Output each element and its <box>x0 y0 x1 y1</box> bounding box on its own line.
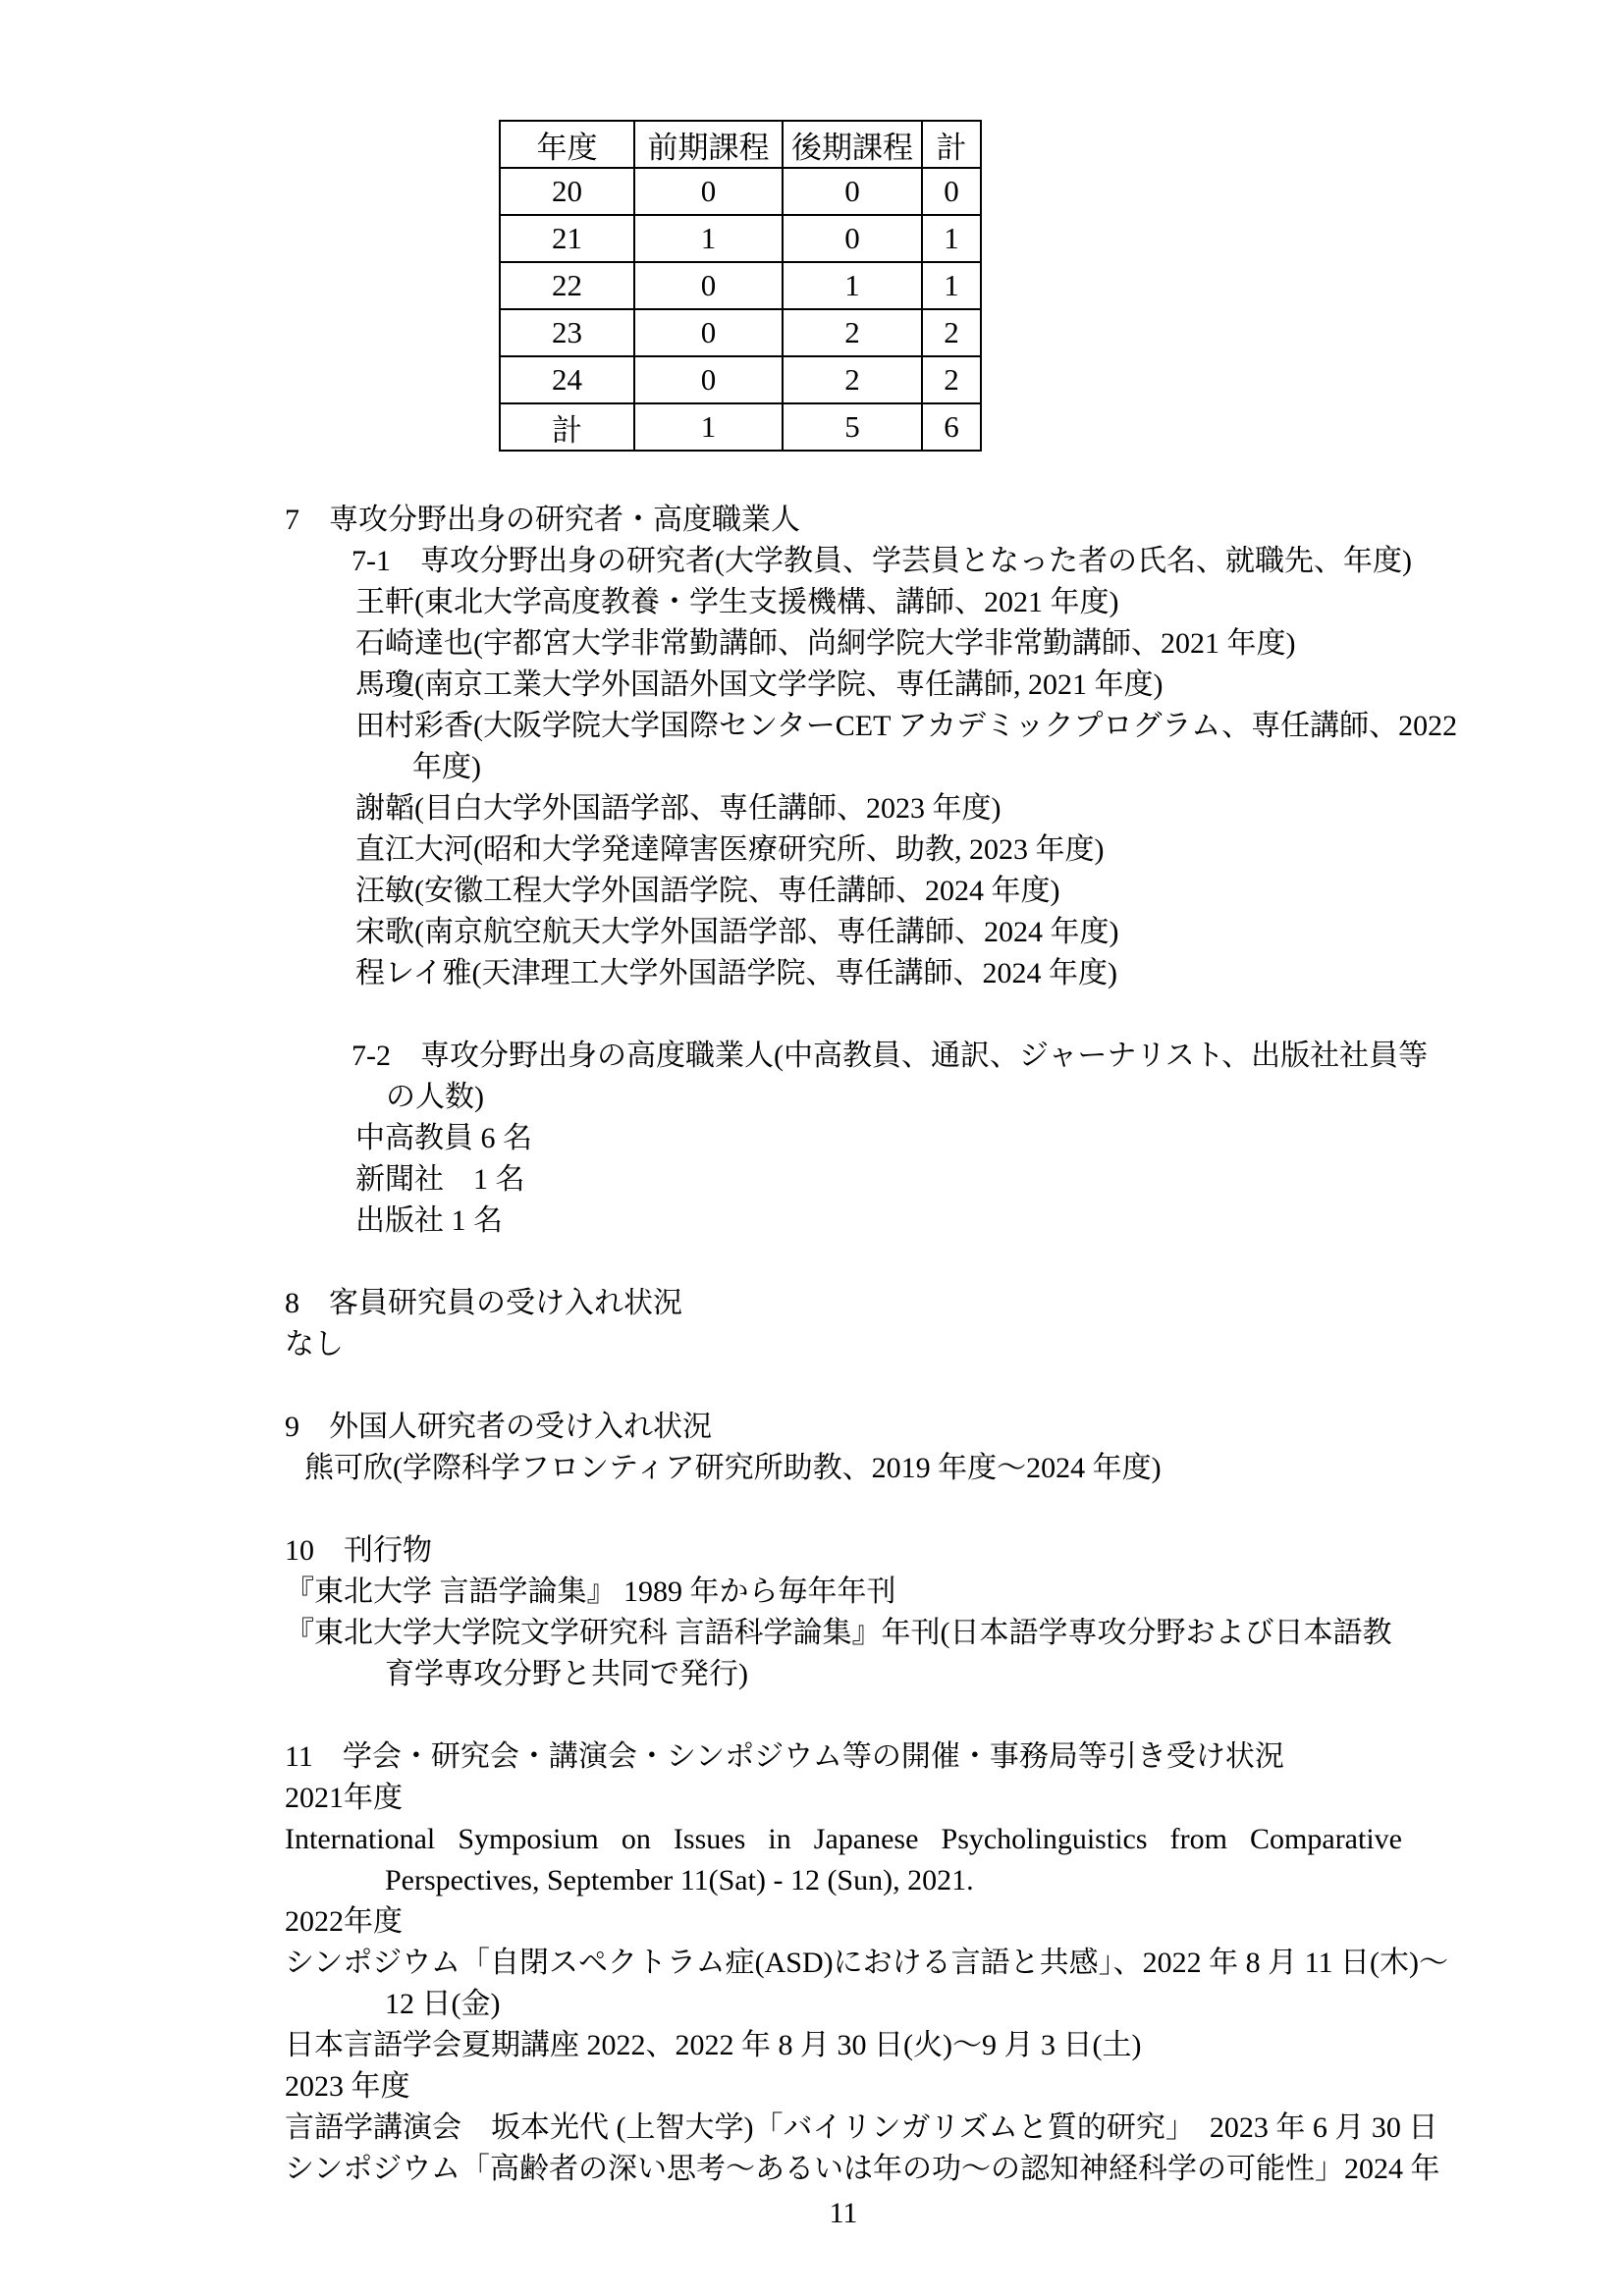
continuation-line: 育学専攻分野と共同で発行) <box>385 1654 748 1695</box>
table-cell: 23 <box>500 309 634 356</box>
table-cell: 24 <box>500 356 634 403</box>
researcher-entry: 謝韜(目白大学外国語学部、専任講師、2023 年度) <box>355 788 1001 829</box>
fiscal-year-label: 2021年度 <box>285 1778 403 1819</box>
section-7-1-heading: 7-1 専攻分野出身の研究者(大学教員、学芸員となった者の氏名、就職先、年度) <box>352 541 1412 582</box>
table-cell: 1 <box>922 262 981 309</box>
table-header-cell: 前期課程 <box>634 121 783 168</box>
table-cell: 1 <box>634 403 783 451</box>
continuation-line: Perspectives, September 11(Sat) - 12 (Su… <box>385 1860 974 1901</box>
researcher-entry: 王軒(東北大学高度教養・学生支援機構、講師、2021 年度) <box>355 582 1118 623</box>
table-cell: 5 <box>783 403 922 451</box>
page-number: 11 <box>285 2193 1402 2234</box>
researcher-entry: 田村彩香(大阪学院大学国際センターCET アカデミックプログラム、専任講師、20… <box>355 706 1457 747</box>
researcher-entry: 汪敏(安徽工程大学外国語学院、専任講師、2024 年度) <box>355 871 1059 912</box>
event-entry: シンポジウム「高齢者の深い思考～あるいは年の功～の認知神経科学の可能性」2024… <box>285 2149 1439 2190</box>
table-header-cell: 計 <box>922 121 981 168</box>
table-cell: 0 <box>783 215 922 262</box>
continuation-line: の人数) <box>386 1077 484 1118</box>
table-cell: 0 <box>783 168 922 215</box>
professional-count: 中高教員 6 名 <box>355 1118 532 1159</box>
table-row: 21 1 0 1 <box>500 215 981 262</box>
researcher-entry: 宋歌(南京航空航天大学外国語学部、専任講師、2024 年度) <box>355 912 1118 953</box>
table-cell: 計 <box>500 403 634 451</box>
event-entry: 言語学講演会 坂本光代 (上智大学)「バイリンガリズムと質的研究」 2023 年… <box>285 2108 1437 2149</box>
researcher-entry: 馬瓊(南京工業大学外国語外国文学学院、専任講師, 2021 年度) <box>355 665 1163 706</box>
table-total-row: 計 1 5 6 <box>500 403 981 451</box>
continuation-line: 年度) <box>412 747 481 788</box>
event-entry: 日本言語学会夏期講座 2022、2022 年 8 月 30 日(火)～9 月 3… <box>285 2025 1141 2066</box>
table-cell: 0 <box>922 168 981 215</box>
table-header-cell: 年度 <box>500 121 634 168</box>
researcher-entry: 熊可欣(学際科学フロンティア研究所助教、2019 年度～2024 年度) <box>304 1448 1162 1489</box>
section-11-heading: 11 学会・研究会・講演会・シンポジウム等の開催・事務局等引き受け状況 <box>285 1736 1284 1778</box>
event-entry: シンポジウム「自閉スペクトラム症(ASD)における言語と共感」、2022 年 8… <box>285 1943 1448 1984</box>
table-cell: 20 <box>500 168 634 215</box>
section-7-2-heading: 7-2 専攻分野出身の高度職業人(中高教員、通訳、ジャーナリスト、出版社社員等 <box>352 1036 1428 1077</box>
publication-entry: 『東北大学 言語学論集』 1989 年から毎年年刊 <box>285 1572 896 1613</box>
section-8-heading: 8 客員研究員の受け入れ状況 <box>285 1283 682 1324</box>
degree-completion-table: 年度 前期課程 後期課程 計 20 0 0 0 21 1 0 1 22 0 1 … <box>499 120 982 452</box>
publication-entry: 『東北大学大学院文学研究科 言語科学論集』年刊(日本語学専攻分野および日本語教 <box>285 1613 1392 1654</box>
section-8-body: なし <box>285 1324 344 1365</box>
table-cell: 1 <box>634 215 783 262</box>
table-row: 24 0 2 2 <box>500 356 981 403</box>
section-9-heading: 9 外国人研究者の受け入れ状況 <box>285 1407 712 1448</box>
table-cell: 0 <box>634 168 783 215</box>
table-cell: 0 <box>634 356 783 403</box>
table-cell: 2 <box>922 356 981 403</box>
professional-count: 新聞社 1 名 <box>355 1159 525 1201</box>
table-row: 22 0 1 1 <box>500 262 981 309</box>
table-row: 23 0 2 2 <box>500 309 981 356</box>
researcher-entry: 程レイ雅(天津理工大学外国語学院、専任講師、2024 年度) <box>355 953 1117 994</box>
section-10-heading: 10 刊行物 <box>285 1530 432 1572</box>
table-cell: 1 <box>783 262 922 309</box>
table-cell: 21 <box>500 215 634 262</box>
professional-count: 出版社 1 名 <box>355 1201 503 1242</box>
table-cell: 0 <box>634 262 783 309</box>
section-7-heading: 7 専攻分野出身の研究者・高度職業人 <box>285 500 800 541</box>
table-row: 20 0 0 0 <box>500 168 981 215</box>
table-cell: 1 <box>922 215 981 262</box>
fiscal-year-label: 2022年度 <box>285 1901 403 1943</box>
table-header-row: 年度 前期課程 後期課程 計 <box>500 121 981 168</box>
table-cell: 22 <box>500 262 634 309</box>
researcher-entry: 直江大河(昭和大学発達障害医療研究所、助教, 2023 年度) <box>355 829 1104 871</box>
table-cell: 2 <box>783 356 922 403</box>
continuation-line: 12 日(金) <box>385 1984 500 2025</box>
table-header-cell: 後期課程 <box>783 121 922 168</box>
document-page: 年度 前期課程 後期課程 計 20 0 0 0 21 1 0 1 22 0 1 … <box>0 0 1624 2296</box>
event-entry: International Symposium on Issues in Jap… <box>285 1819 1402 1860</box>
researcher-entry: 石崎達也(宇都宮大学非常勤講師、尚絅学院大学非常勤講師、2021 年度) <box>355 623 1295 665</box>
fiscal-year-label: 2023 年度 <box>285 2066 410 2108</box>
table-cell: 2 <box>922 309 981 356</box>
table-cell: 0 <box>634 309 783 356</box>
table-cell: 6 <box>922 403 981 451</box>
table-cell: 2 <box>783 309 922 356</box>
